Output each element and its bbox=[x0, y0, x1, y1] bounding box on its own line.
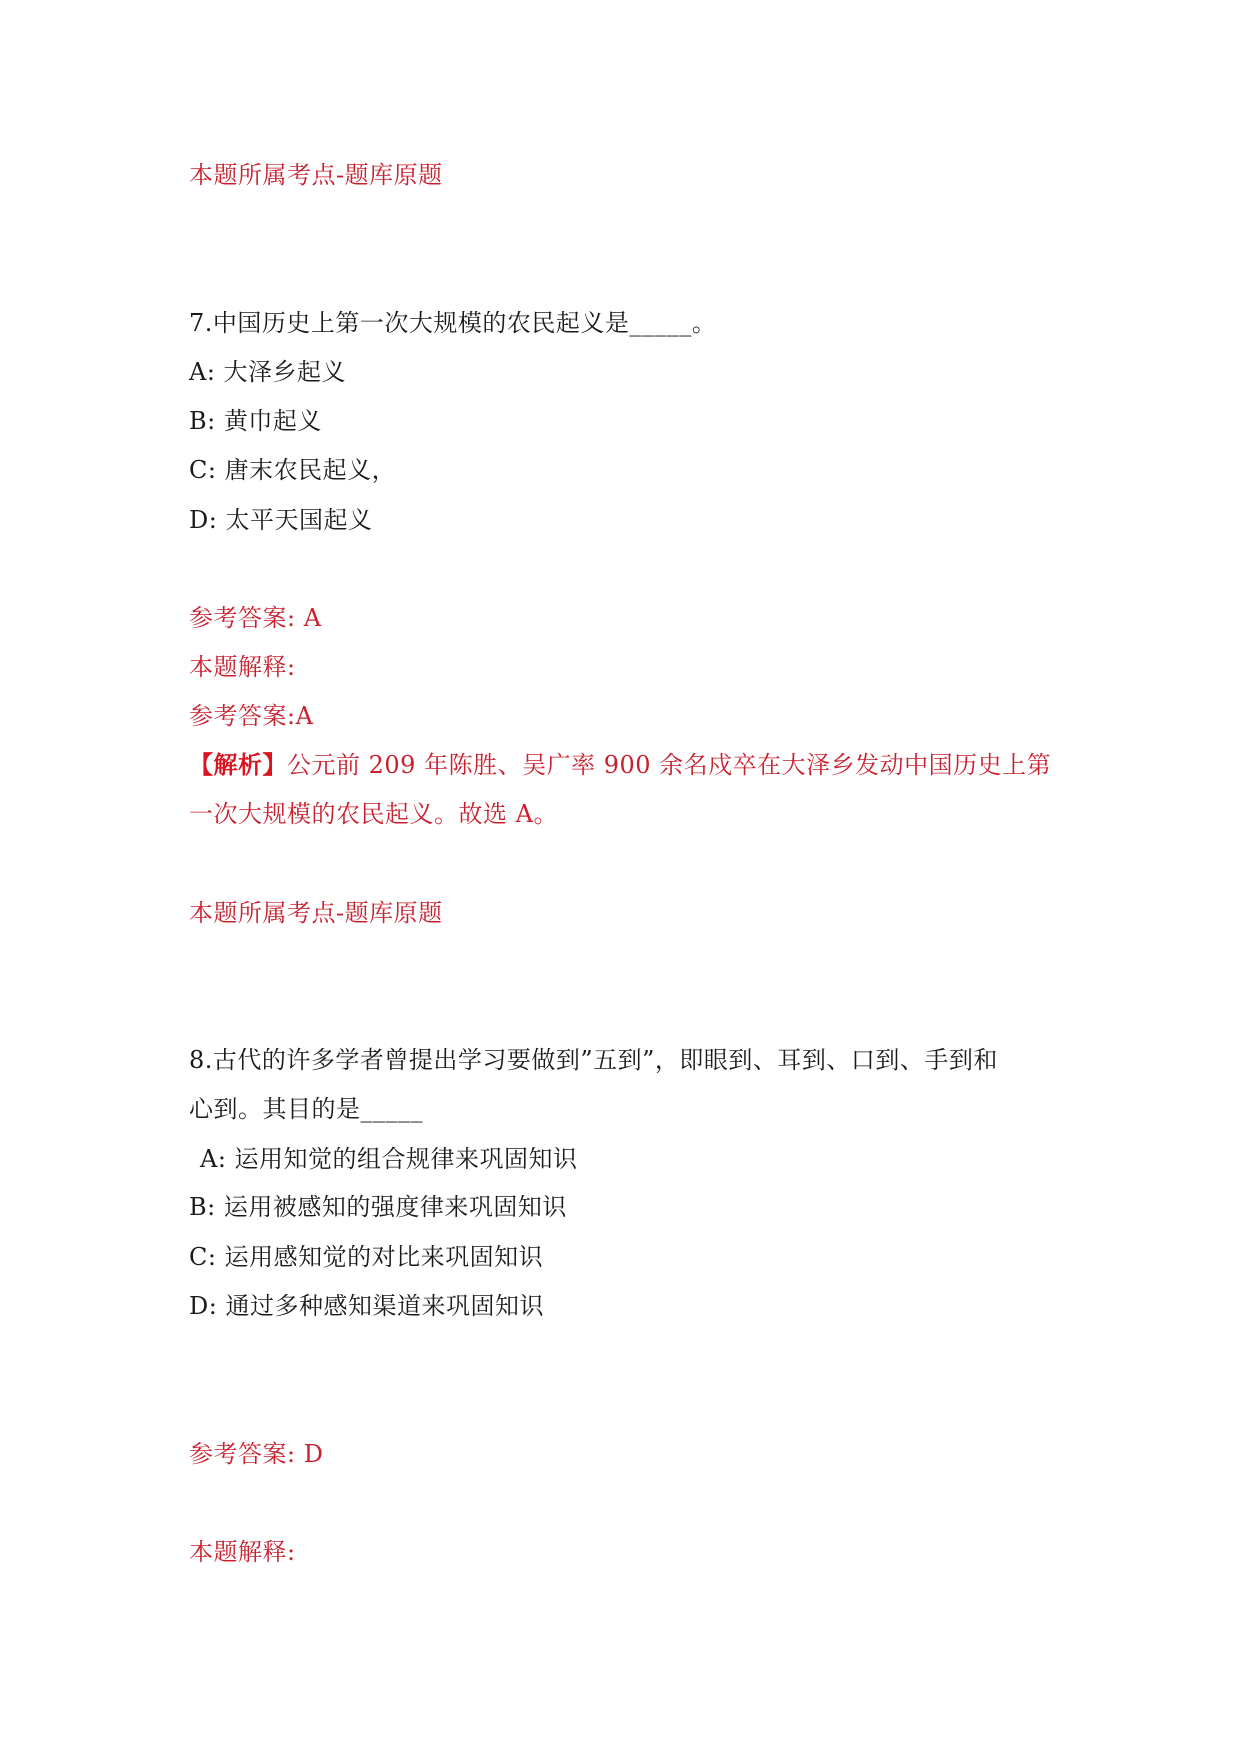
option-b: B: 运用被感知的强度律来巩固知识 bbox=[189, 1192, 567, 1222]
source-label: 本题所属考点-题库原题 bbox=[189, 898, 443, 928]
option-c: C: 运用感知觉的对比来巩固知识 bbox=[189, 1242, 543, 1272]
option-b: B: 黄巾起义 bbox=[189, 406, 322, 436]
answer-label: 参考答案: D bbox=[189, 1439, 323, 1469]
option-d: D: 太平天国起义 bbox=[189, 505, 372, 535]
answer-repeat: 参考答案:A bbox=[189, 701, 313, 731]
analysis-text: 公元前 209 年陈胜、吴广率 900 余名戍卒在大泽乡发动中国历史上第 bbox=[287, 751, 1051, 779]
analysis-line-2: 一次大规模的农民起义。故选 A。 bbox=[189, 799, 558, 829]
analysis-tag: 【解析】 bbox=[189, 750, 287, 779]
question-stem-line-1: 8.古代的许多学者曾提出学习要做到”五到”，即眼到、耳到、口到、手到和 bbox=[189, 1045, 998, 1075]
question-stem-line-2: 心到。其目的是_____ bbox=[189, 1094, 423, 1124]
explanation-label: 本题解释: bbox=[189, 1537, 296, 1567]
option-d: D: 通过多种感知渠道来巩固知识 bbox=[189, 1291, 544, 1321]
source-label: 本题所属考点-题库原题 bbox=[189, 160, 443, 190]
analysis-line-1: 【解析】公元前 209 年陈胜、吴广率 900 余名戍卒在大泽乡发动中国历史上第 bbox=[189, 750, 1051, 780]
option-a: A: 大泽乡起义 bbox=[189, 357, 346, 387]
option-c: C: 唐末农民起义， bbox=[189, 455, 396, 485]
explanation-label: 本题解释: bbox=[189, 652, 296, 682]
option-a: A: 运用知觉的组合规律来巩固知识 bbox=[200, 1144, 578, 1174]
question-stem: 7.中国历史上第一次大规模的农民起义是_____。 bbox=[189, 308, 716, 338]
answer-label: 参考答案: A bbox=[189, 603, 322, 633]
